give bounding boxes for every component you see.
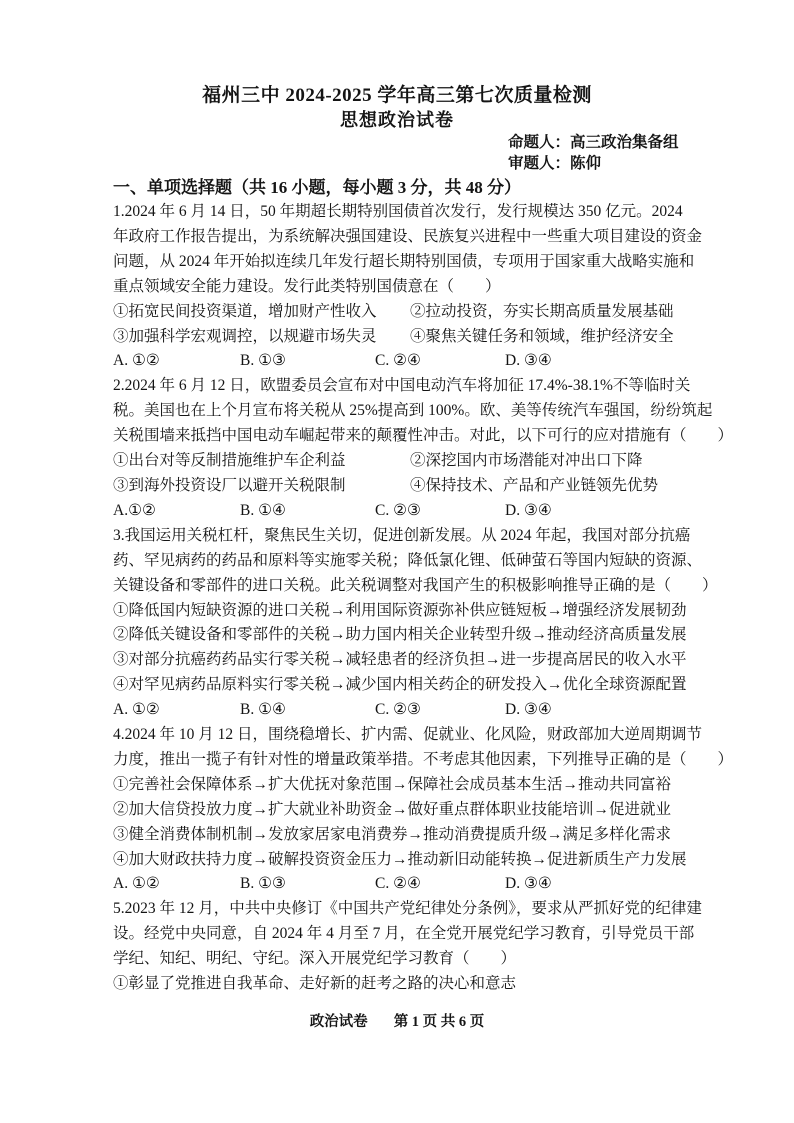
- option-item: ④聚焦关键任务和领域，维护经济安全: [410, 328, 674, 345]
- stem-line: 2.2024 年 6 月 12 日，欧盟委员会宣布对中国电动汽车将加征 17.4…: [113, 374, 713, 399]
- option-item: ③到海外投资设厂以避开关税限制: [113, 474, 410, 499]
- choice-c: C. ②③: [375, 698, 505, 723]
- option-item: ③对部分抗癌药药品实行零关税→减轻患者的经济负担→进一步提高居民的收入水平: [113, 648, 713, 673]
- footer-page-number: 第 1 页 共 6 页: [394, 1014, 485, 1030]
- option-item: ②降低关键设备和零部件的关税→助力国内相关企业转型升级→推动经济高质量发展: [113, 623, 713, 648]
- stem-line: 学纪、知纪、明纪、守纪。深入开展党纪学习教育（ ）: [113, 947, 713, 972]
- stem-line: 重点领域安全能力建设。发行此类特别国债意在（ ）: [113, 275, 713, 300]
- choices-row: A. ①②B. ①③C. ②④D. ③④: [113, 349, 713, 374]
- page-subtitle: 思想政治试卷: [0, 108, 794, 132]
- option-item: ②深挖国内市场潜能对冲出口下降: [410, 452, 643, 469]
- choice-b: B. ①④: [240, 499, 375, 524]
- choice-b: B. ①③: [240, 872, 375, 897]
- stem-line: 力度，推出一揽子有针对性的增量政策举措。不考虑其他因素，下列推导正确的是（ ）: [113, 748, 713, 773]
- choice-d: D. ③④: [505, 499, 552, 524]
- choice-d: D. ③④: [505, 872, 552, 897]
- option-pair-line: ③到海外投资设厂以避开关税限制④保持技术、产品和产业链领先优势: [113, 474, 713, 499]
- option-item: ④对罕见病药品原料实行零关税→减少国内相关药企的研发投入→优化全球资源配置: [113, 673, 713, 698]
- page-footer: 政治试卷第 1 页 共 6 页: [0, 1010, 794, 1031]
- choice-a: A. ①②: [113, 872, 240, 897]
- choice-a: A.①②: [113, 499, 240, 524]
- reviewer-line: 审题人：陈仰: [508, 153, 794, 174]
- choices-row: A.①②B. ①④C. ②③D. ③④: [113, 499, 713, 524]
- stem-line: 1.2024 年 6 月 14 日，50 年期超长期特别国债首次发行，发行规模达…: [113, 200, 713, 225]
- option-item: ①出台对等反制措施维护车企利益: [113, 449, 410, 474]
- questions-body: 1.2024 年 6 月 14 日，50 年期超长期特别国债首次发行，发行规模达…: [113, 200, 713, 997]
- option-pair-line: ①出台对等反制措施维护车企利益②深挖国内市场潜能对冲出口下降: [113, 449, 713, 474]
- stem-line: 药、罕见病药的药品和原料等实施零关税；降低氯化锂、低砷萤石等国内短缺的资源、: [113, 549, 713, 574]
- stem-line: 设。经党中央同意，自 2024 年 4 月至 7 月，在全党开展党纪学习教育，引…: [113, 922, 713, 947]
- choice-d: D. ③④: [505, 349, 552, 374]
- stem-line: 税。美国也在上个月宣布将关税从 25%提高到 100%。欧、美等传统汽车强国，纷…: [113, 399, 713, 424]
- choice-b: B. ①③: [240, 349, 375, 374]
- choice-a: A. ①②: [113, 349, 240, 374]
- stem-line: 关键设备和零部件的进口关税。此关税调整对我国产生的积极影响推导正确的是（ ）: [113, 574, 713, 599]
- question-3: 3.我国运用关税杠杆，聚焦民生关切，促进创新发展。从 2024 年起，我国对部分…: [113, 524, 713, 723]
- option-item: ②拉动投资，夯实长期高质量发展基础: [410, 303, 674, 320]
- option-item: ③加强科学宏观调控，以规避市场失灵: [113, 325, 410, 350]
- setter-line: 命题人：高三政治集备组: [508, 132, 794, 153]
- choice-d: D. ③④: [505, 698, 552, 723]
- option-item: ①拓宽民间投资渠道，增加财产性收入: [113, 300, 410, 325]
- choice-c: C. ②③: [375, 499, 505, 524]
- question-1: 1.2024 年 6 月 14 日，50 年期超长期特别国债首次发行，发行规模达…: [113, 200, 713, 374]
- exam-meta: 命题人：高三政治集备组 审题人：陈仰: [508, 132, 794, 174]
- footer-doc-label: 政治试卷: [310, 1014, 368, 1030]
- stem-line: 年政府工作报告提出，为系统解决强国建设、民族复兴进程中一些重大项目建设的资金: [113, 225, 713, 250]
- choice-c: C. ②④: [375, 349, 505, 374]
- section-heading: 一、单项选择题（共 16 小题，每小题 3 分，共 48 分）: [113, 176, 794, 200]
- stem-line: 关税围墙来抵挡中国电动车崛起带来的颠覆性冲击。对此，以下可行的应对措施有（ ）: [113, 424, 713, 449]
- stem-line: 5.2023 年 12 月，中共中央修订《中国共产党纪律处分条例》，要求从严抓好…: [113, 897, 713, 922]
- choice-c: C. ②④: [375, 872, 505, 897]
- stem-line: 4.2024 年 10 月 12 日，围绕稳增长、扩内需、促就业、化风险，财政部…: [113, 723, 713, 748]
- stem-line: 问题，从 2024 年开始拟连续几年发行超长期特别国债，专项用于国家重大战略实施…: [113, 250, 713, 275]
- option-pair-line: ③加强科学宏观调控，以规避市场失灵④聚焦关键任务和领域，维护经济安全: [113, 325, 713, 350]
- question-4: 4.2024 年 10 月 12 日，围绕稳增长、扩内需、促就业、化风险，财政部…: [113, 723, 713, 897]
- choices-row: A. ①②B. ①④C. ②③D. ③④: [113, 698, 713, 723]
- option-item: ③健全消费体制机制→发放家居家电消费券→推动消费提质升级→满足多样化需求: [113, 823, 713, 848]
- question-5: 5.2023 年 12 月，中共中央修订《中国共产党纪律处分条例》，要求从严抓好…: [113, 897, 713, 997]
- question-2: 2.2024 年 6 月 12 日，欧盟委员会宣布对中国电动汽车将加征 17.4…: [113, 374, 713, 523]
- exam-paper-page: 福州三中 2024-2025 学年高三第七次质量检测 思想政治试卷 命题人：高三…: [0, 0, 794, 1123]
- option-item: ④加大财政扶持力度→破解投资资金压力→推动新旧动能转换→促进新质生产力发展: [113, 848, 713, 873]
- option-item: ④保持技术、产品和产业链领先优势: [410, 477, 658, 494]
- stem-line: 3.我国运用关税杠杆，聚焦民生关切，促进创新发展。从 2024 年起，我国对部分…: [113, 524, 713, 549]
- choice-b: B. ①④: [240, 698, 375, 723]
- option-item: ①彰显了党推进自我革命、走好新的赶考之路的决心和意志: [113, 972, 713, 997]
- option-pair-line: ①拓宽民间投资渠道，增加财产性收入②拉动投资，夯实长期高质量发展基础: [113, 300, 713, 325]
- choices-row: A. ①②B. ①③C. ②④D. ③④: [113, 872, 713, 897]
- option-item: ①降低国内短缺资源的进口关税→利用国际资源弥补供应链短板→增强经济发展韧劲: [113, 599, 713, 624]
- option-item: ①完善社会保障体系→扩大优抚对象范围→保障社会成员基本生活→推动共同富裕: [113, 773, 713, 798]
- page-title: 福州三中 2024-2025 学年高三第七次质量检测: [0, 0, 794, 108]
- option-item: ②加大信贷投放力度→扩大就业补助资金→做好重点群体职业技能培训→促进就业: [113, 798, 713, 823]
- choice-a: A. ①②: [113, 698, 240, 723]
